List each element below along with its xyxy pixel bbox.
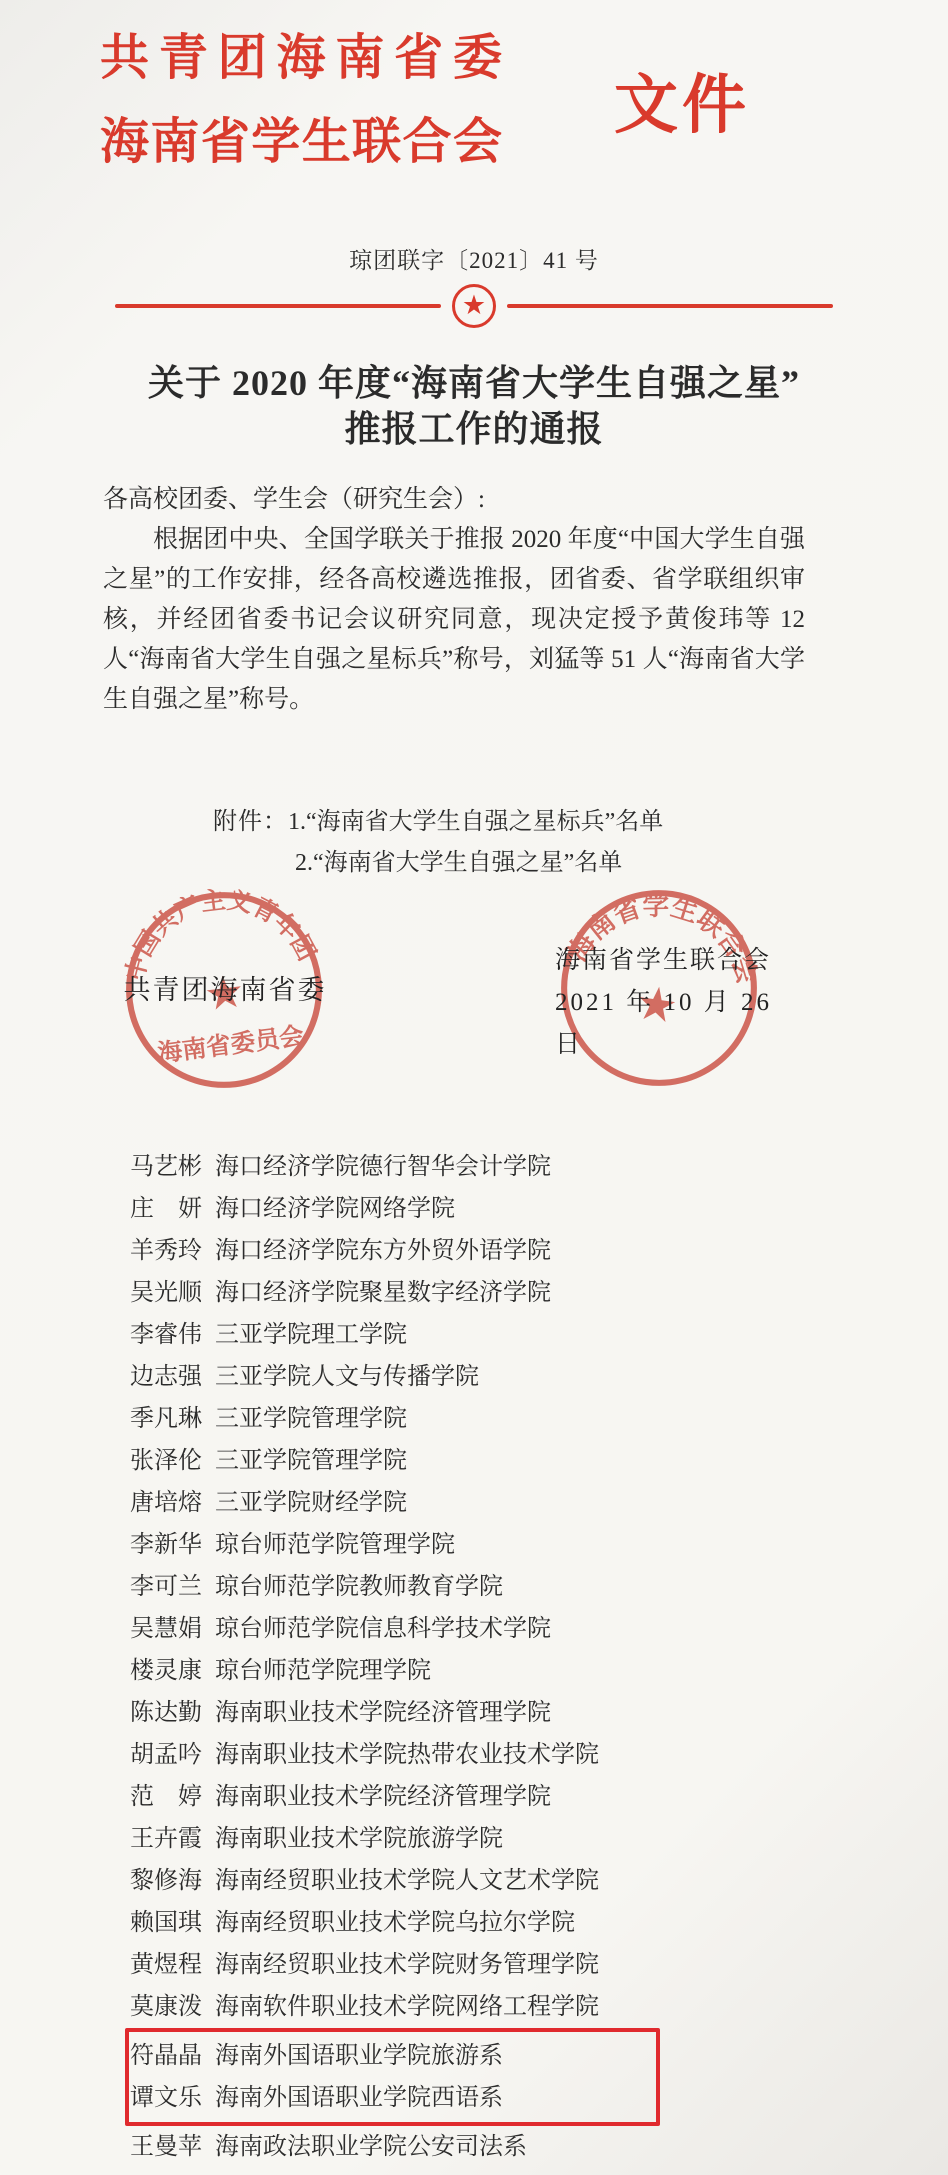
list-item: 王卉霞海南职业技术学院旅游学院 [130,1818,805,1860]
school-name: 海南职业技术学院经济管理学院 [215,1692,551,1734]
student-name: 陈达勤 [130,1692,215,1734]
student-name: 吴光顺 [130,1272,215,1314]
org-name-line2: 海南省学生联合会 [100,100,502,184]
document-type-label: 文件 [614,54,750,146]
list-item: 莫康泼海南软件职业技术学院网络工程学院 [130,1986,805,2028]
school-name: 海口经济学院东方外贸外语学院 [215,1230,551,1272]
school-name: 三亚学院人文与传播学院 [215,1356,479,1398]
list-item: 王曼苹海南政法职业学院公安司法系 [130,2126,805,2168]
award-list: 马艺彬海口经济学院德行智华会计学院庄 妍海口经济学院网络学院羊秀玲海口经济学院东… [130,1146,805,2168]
student-name: 谭文乐 [130,2077,215,2119]
signature-date: 2021 年 10 月 26 日 [555,982,805,1066]
school-name: 海南职业技术学院经济管理学院 [215,1776,551,1818]
list-item: 黄煜程海南经贸职业技术学院财务管理学院 [130,1944,805,1986]
list-item: 李新华琼台师范学院管理学院 [130,1524,805,1566]
seals-and-signature-area: 中国共产主义青年团 ★ 海南省委员会 海南省学生联合会 ★ 共青团海南省委 海南… [103,884,805,1146]
student-name: 黄煜程 [130,1944,215,1986]
list-item: 吴慧娟琼台师范学院信息科学技术学院 [130,1608,805,1650]
body-paragraph: 根据团中央、全国学联关于推报 2020 年度“中国大学生自强之星”的工作安排，经… [103,520,805,720]
student-name: 吴慧娟 [130,1608,215,1650]
school-name: 海南职业技术学院热带农业技术学院 [215,1734,599,1776]
list-item: 季凡琳三亚学院管理学院 [130,1398,805,1440]
student-name: 羊秀玲 [130,1230,215,1272]
star-icon: ★ [462,292,486,319]
attachments-block: 附件：1.“海南省大学生自强之星标兵”名单 2.“海南省大学生自强之星”名单 [213,802,805,884]
list-item: 李可兰琼台师范学院教师教育学院 [130,1566,805,1608]
document-body: 各高校团委、学生会（研究生会）: 根据团中央、全国学联关于推报 2020 年度“… [103,480,805,2168]
list-item: 吴光顺海口经济学院聚星数字经济学院 [130,1272,805,1314]
school-name: 琼台师范学院管理学院 [215,1524,455,1566]
red-divider: ★ [115,284,833,328]
student-name: 符晶晶 [130,2035,215,2077]
list-item: 楼灵康琼台师范学院理学院 [130,1650,805,1692]
student-name: 莫康泼 [130,1986,215,2028]
student-name: 李可兰 [130,1566,215,1608]
salutation: 各高校团委、学生会（研究生会）: [103,480,805,520]
list-group: 马艺彬海口经济学院德行智华会计学院庄 妍海口经济学院网络学院羊秀玲海口经济学院东… [130,1146,805,2028]
signature-org-left: 共青团海南省委 [112,968,338,1007]
document-number: 琼团联字〔2021〕41 号 [0,246,948,276]
school-name: 海南外国语职业学院西语系 [215,2077,503,2119]
student-name: 黎修海 [130,1860,215,1902]
student-name: 王曼苹 [130,2126,215,2168]
list-item: 庄 妍海口经济学院网络学院 [130,1188,805,1230]
list-item: 羊秀玲海口经济学院东方外贸外语学院 [130,1230,805,1272]
student-name: 季凡琳 [130,1398,215,1440]
document-title: 关于 2020 年度“海南省大学生自强之星” 推报工作的通报 [0,360,948,452]
school-name: 琼台师范学院教师教育学院 [215,1566,503,1608]
attachment-item-1: 1.“海南省大学生自强之星标兵”名单 [288,809,663,835]
signature-org-right: 海南省学生联合会 [555,940,805,982]
list-item: 陈达勤海南职业技术学院经济管理学院 [130,1692,805,1734]
list-item: 谭文乐海南外国语职业学院西语系 [130,2077,656,2119]
student-name: 李睿伟 [130,1314,215,1356]
school-name: 海南软件职业技术学院网络工程学院 [215,1986,599,2028]
list-item: 符晶晶海南外国语职业学院旅游系 [130,2035,656,2077]
list-group: 王曼苹海南政法职业学院公安司法系 [130,2126,805,2168]
attachment-line-1: 附件：1.“海南省大学生自强之星标兵”名单 [213,802,805,843]
list-item: 黎修海海南经贸职业技术学院人文艺术学院 [130,1860,805,1902]
student-name: 范 婷 [130,1776,215,1818]
title-line1: 关于 2020 年度“海南省大学生自强之星” [148,363,800,403]
student-name: 唐培熔 [130,1482,215,1524]
student-name: 王卉霞 [130,1818,215,1860]
list-item: 范 婷海南职业技术学院经济管理学院 [130,1776,805,1818]
list-item: 胡孟吟海南职业技术学院热带农业技术学院 [130,1734,805,1776]
school-name: 海口经济学院网络学院 [215,1188,455,1230]
list-item: 唐培熔三亚学院财经学院 [130,1482,805,1524]
divider-line-right [507,304,833,308]
attachments-label: 附件： [213,809,288,835]
student-name: 边志强 [130,1356,215,1398]
list-item: 李睿伟三亚学院理工学院 [130,1314,805,1356]
school-name: 海南经贸职业技术学院财务管理学院 [215,1944,599,1986]
school-name: 海口经济学院聚星数字经济学院 [215,1272,551,1314]
student-name: 马艺彬 [130,1146,215,1188]
list-item: 边志强三亚学院人文与传播学院 [130,1356,805,1398]
school-name: 海南经贸职业技术学院人文艺术学院 [215,1860,599,1902]
org-name-line1: 共青团海南省委 [100,16,502,100]
student-name: 楼灵康 [130,1650,215,1692]
school-name: 海口经济学院德行智华会计学院 [215,1146,551,1188]
school-name: 三亚学院财经学院 [215,1482,407,1524]
issuing-orgs: 共青团海南省委 海南省学生联合会 [100,16,502,184]
school-name: 三亚学院管理学院 [215,1440,407,1482]
star-emblem: ★ [452,284,496,328]
school-name: 海南政法职业学院公安司法系 [215,2126,527,2168]
student-name: 李新华 [130,1524,215,1566]
highlight-box: 符晶晶海南外国语职业学院旅游系谭文乐海南外国语职业学院西语系 [125,2028,660,2126]
title-line2: 推报工作的通报 [344,409,603,449]
student-name: 赖国琪 [130,1902,215,1944]
school-name: 三亚学院管理学院 [215,1398,407,1440]
student-name: 张泽伦 [130,1440,215,1482]
divider-line-left [115,304,441,308]
student-name: 胡孟吟 [130,1734,215,1776]
list-item: 马艺彬海口经济学院德行智华会计学院 [130,1146,805,1188]
school-name: 海南外国语职业学院旅游系 [215,2035,503,2077]
signature-block-right: 海南省学生联合会 2021 年 10 月 26 日 [555,940,805,1066]
school-name: 三亚学院理工学院 [215,1314,407,1356]
list-item: 张泽伦三亚学院管理学院 [130,1440,805,1482]
school-name: 琼台师范学院理学院 [215,1650,431,1692]
letterhead: 共青团海南省委 海南省学生联合会 文件 [0,0,948,184]
school-name: 海南经贸职业技术学院乌拉尔学院 [215,1902,575,1944]
school-name: 海南职业技术学院旅游学院 [215,1818,503,1860]
list-item: 赖国琪海南经贸职业技术学院乌拉尔学院 [130,1902,805,1944]
student-name: 庄 妍 [130,1188,215,1230]
school-name: 琼台师范学院信息科学技术学院 [215,1608,551,1650]
document-page: 共青团海南省委 海南省学生联合会 文件 琼团联字〔2021〕41 号 ★ 关于 … [0,0,948,2175]
